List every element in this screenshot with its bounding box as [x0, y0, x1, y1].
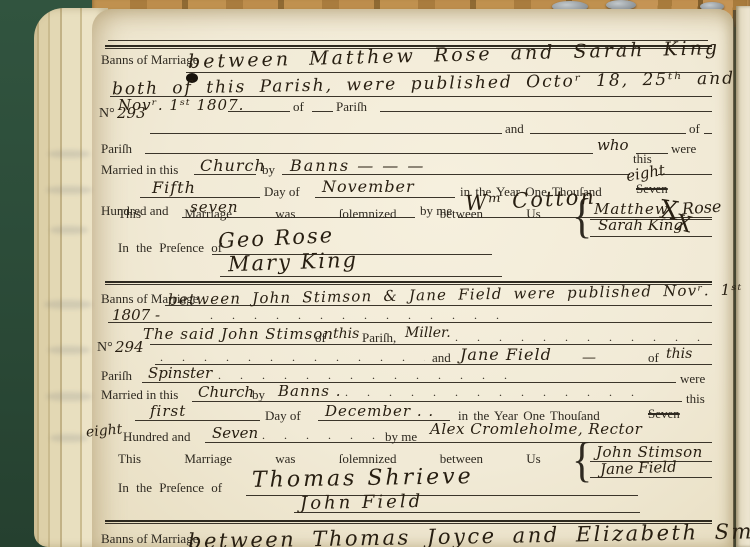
e1-of-label: of — [293, 99, 304, 115]
dotted-filler: . . . . . . . . . . . . . . — [345, 385, 655, 400]
e1-of2-label: of — [689, 121, 700, 137]
e2-condition-handwritten: Spinster — [148, 364, 212, 382]
dotted-filler: . . . . . . . . . . . . . . — [218, 368, 658, 383]
bleed-through-mark — [50, 434, 88, 442]
e2-married-in-this-label: Married in this — [101, 387, 178, 403]
e1-and-label: and — [505, 121, 524, 137]
e2-month-handwritten: December . . — [325, 402, 434, 420]
e2-and-label: and — [432, 350, 451, 366]
e2-this-handwritten: this — [333, 326, 359, 342]
e1-banns-handwritten: Banns — — — — [290, 156, 425, 175]
form-rule — [192, 401, 682, 402]
e1-who-handwritten: who — [597, 136, 629, 154]
e1-married-in-this-label: Married in this — [101, 162, 178, 178]
e1-were-label: were — [671, 141, 696, 157]
e1-parish2-label: Pariſh — [101, 141, 132, 157]
form-rule — [658, 174, 712, 175]
form-rule — [150, 133, 502, 134]
e2-dash-handwritten: — — [582, 350, 596, 366]
e2-occupation-handwritten: Miller. — [405, 325, 451, 341]
e2-number-value: 294 — [115, 338, 144, 356]
dotted-filler: . . . . . . . . . . . . . . — [262, 428, 377, 443]
e1-parish-label: Pariſh — [336, 99, 367, 115]
e2-of2-label: of — [648, 350, 659, 366]
e1-banns-of-marriage-label: Banns of Marriage — [101, 52, 198, 68]
dotted-filler: . . . . . . . . . . . . . . — [210, 308, 700, 323]
e2-bride-name-handwritten: Jane Field — [460, 345, 552, 364]
e2-year-handwritten: 1807 - — [112, 306, 160, 324]
form-rule — [135, 420, 260, 421]
e1-number-value: 293 — [117, 104, 146, 122]
e2-witness1-signature: Thomas Shrieve — [252, 464, 474, 493]
bleed-through-mark — [48, 150, 90, 158]
e2-this2-handwritten: this — [666, 346, 692, 362]
e2-eight-margin-handwritten: eight — [85, 421, 123, 440]
e1-presence-label: In the Preſence of — [118, 240, 222, 256]
e1-month-handwritten: November — [322, 177, 415, 196]
bleed-through-mark — [50, 226, 88, 234]
form-rule — [380, 111, 712, 112]
e1-day-of-label: Day of — [264, 184, 300, 200]
form-rule — [590, 236, 712, 237]
e3-banns-of-marriage-label: Banns of Marriage — [101, 531, 198, 547]
form-rule — [530, 133, 686, 134]
e1-church-handwritten: Church — [200, 156, 266, 175]
e2-church-handwritten: Church — [198, 383, 254, 401]
e1-day-handwritten: Fifth — [152, 178, 196, 197]
e2-banns-handwritten: Banns . — [278, 382, 342, 400]
e2-parish-label: Pariſh, — [362, 330, 396, 346]
e2-hundred-and-label: Hundred and — [123, 429, 191, 445]
e2-signature-brace: { — [572, 437, 592, 485]
e2-solemnized-label: This Marriage was ſolemnized between Us — [118, 451, 541, 467]
e2-presence-label: In the Preſence of — [118, 480, 222, 496]
e2-number-label: N° — [97, 340, 113, 356]
form-rule — [315, 197, 455, 198]
e2-parish2-label: Pariſh — [101, 368, 132, 384]
bleed-through-mark — [44, 300, 92, 309]
form-rule — [312, 111, 333, 112]
e2-seven-struck-label: Seven — [648, 406, 680, 422]
form-rule — [704, 133, 712, 134]
bleed-through-mark — [46, 186, 92, 194]
dotted-filler: . . . . . . . . . . . . . . — [455, 330, 700, 345]
e1-witness2-signature: Mary King — [228, 248, 359, 277]
e2-bride-signature: Jane Field — [600, 458, 677, 479]
e2-were-label: were — [680, 371, 705, 387]
bleed-through-mark — [46, 392, 92, 401]
photograph-of-marriage-register: Banns of Marriage between Matthew Rose a… — [0, 0, 750, 547]
e2-day-handwritten: first — [150, 402, 186, 420]
e2-by-me-label: by me — [385, 429, 417, 445]
facing-page-edge — [736, 6, 750, 547]
dotted-filler: . . . . . . . . . . . . . . — [160, 350, 425, 365]
bleed-through-mark — [48, 346, 90, 354]
form-rule — [220, 276, 502, 277]
e2-this-label: this — [686, 391, 705, 407]
e1-hundred-handwritten: seven — [190, 198, 239, 216]
e2-hundred-handwritten: Seven — [212, 424, 258, 442]
e1-number-label: N° — [99, 106, 115, 122]
e2-officiant-signature: Alex Cromleholme, Rector — [430, 420, 642, 438]
e2-witness2-signature: John Field — [300, 491, 423, 514]
e2-said-groom-handwritten: The said John Stimson — [143, 325, 334, 343]
e2-day-of-label: Day of — [265, 408, 301, 424]
form-rule — [145, 153, 593, 154]
